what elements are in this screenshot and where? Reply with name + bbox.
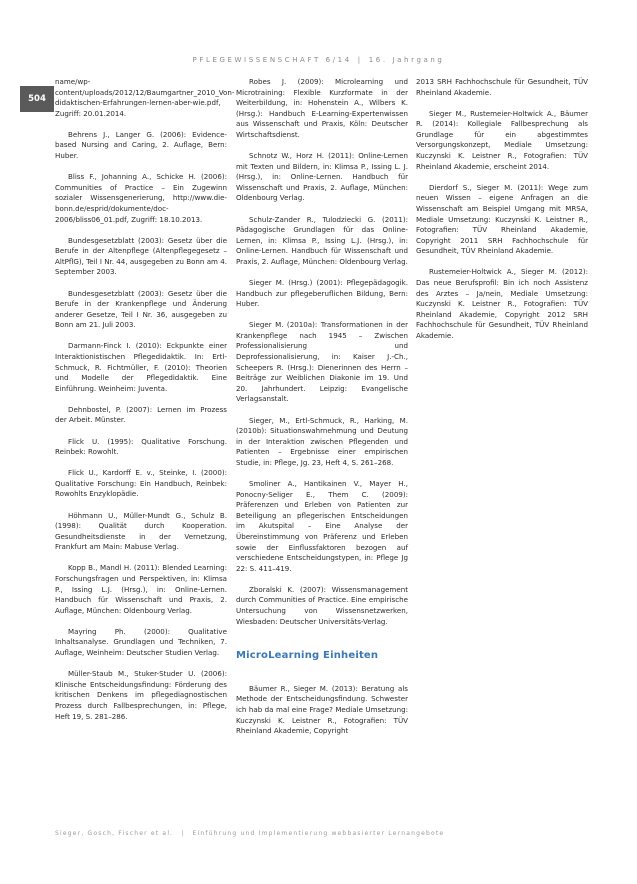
reference-entry: Behrens J., Langer G. (2006): Evidence-b… <box>55 130 227 162</box>
reference-entry: Dierdorf S., Sieger M. (2011): Wege zum … <box>416 183 588 257</box>
column-1: name/wp-content/uploads/2012/12/Baumgart… <box>55 77 227 733</box>
reference-entry: Sieger, M., Ertl-Schmuck, R., Harking, M… <box>236 416 408 469</box>
page-number: 504 <box>28 94 46 104</box>
section-heading: MicroLearning Einheiten <box>236 651 408 662</box>
footer-separator: | <box>181 830 184 837</box>
reference-entry: name/wp-content/uploads/2012/12/Baumgart… <box>55 77 227 119</box>
reference-entry: Bäumer R., Sieger M. (2013): Beratung al… <box>236 684 408 737</box>
reference-entry: Smoliner A., Hantikainen V., Mayer H., P… <box>236 479 408 574</box>
reference-entry: Müller-Staub M., Stuker-Studer U. (2006)… <box>55 669 227 722</box>
footer-authors: Sieger, Gosch, Fischer et al. <box>55 830 173 837</box>
column-3: 2013 SRH Fachhochschule für Gesundheit, … <box>416 77 588 352</box>
reference-entry: Robes J. (2009): Microlearning und Micro… <box>236 77 408 141</box>
reference-entry: Darmann-Finck I. (2010): Eckpunkte einer… <box>55 341 227 394</box>
reference-entry: Kopp B., Mandl H. (2011): Blended Learni… <box>55 563 227 616</box>
reference-entry: Rustemeier-Holtwick A., Sieger M. (2012)… <box>416 267 588 341</box>
reference-entry: Sieger M. (Hrsg.) (2001): Pflegepädagogi… <box>236 278 408 310</box>
running-footer: Sieger, Gosch, Fischer et al.|Einführung… <box>55 830 595 837</box>
reference-entry: Flick U., Kardorff E. v., Steinke, I. (2… <box>55 468 227 500</box>
journal-name: PFLEGEWISSENSCHAFT 6/14 <box>193 56 352 64</box>
header-separator: | <box>358 56 363 64</box>
reference-entry: Mayring Ph. (2000): Qualitative Inhaltsa… <box>55 627 227 659</box>
reference-entry: Bundesgesetzblatt (2003): Gesetz über di… <box>55 289 227 331</box>
reference-entry: Flick U. (1995): Qualitative Forschung. … <box>55 437 227 458</box>
reference-entry: Bundesgesetzblatt (2003): Gesetz über di… <box>55 236 227 278</box>
reference-entry: Dehnbostel, P. (2007): Lernen im Prozess… <box>55 405 227 426</box>
reference-entry: Höhmann U., Müller-Mundt G., Schulz B. (… <box>55 511 227 553</box>
running-header: PFLEGEWISSENSCHAFT 6/14|16. Jahrgang <box>0 56 637 64</box>
reference-entry: Bliss F., Johanning A., Schicke H. (2006… <box>55 172 227 225</box>
reference-entry: Schnotz W., Horz H. (2011): Online-Lerne… <box>236 151 408 204</box>
reference-entry: Zboralski K. (2007): Wissensmanagement d… <box>236 585 408 627</box>
reference-entry: Sieger M. (2010a): Transformationen in d… <box>236 320 408 405</box>
column-2: Robes J. (2009): Microlearning und Micro… <box>236 77 408 747</box>
page-number-box: 504 <box>20 86 54 112</box>
footer-title: Einführung und Implementierung webbasier… <box>193 830 445 837</box>
reference-entry: Schulz-Zander R., Tulodziecki G. (2011):… <box>236 215 408 268</box>
journal-volume: 16. Jahrgang <box>369 56 445 64</box>
reference-entry: Sieger M., Rustemeier-Holtwick A., Bäume… <box>416 109 588 173</box>
reference-entry: 2013 SRH Fachhochschule für Gesundheit, … <box>416 77 588 98</box>
